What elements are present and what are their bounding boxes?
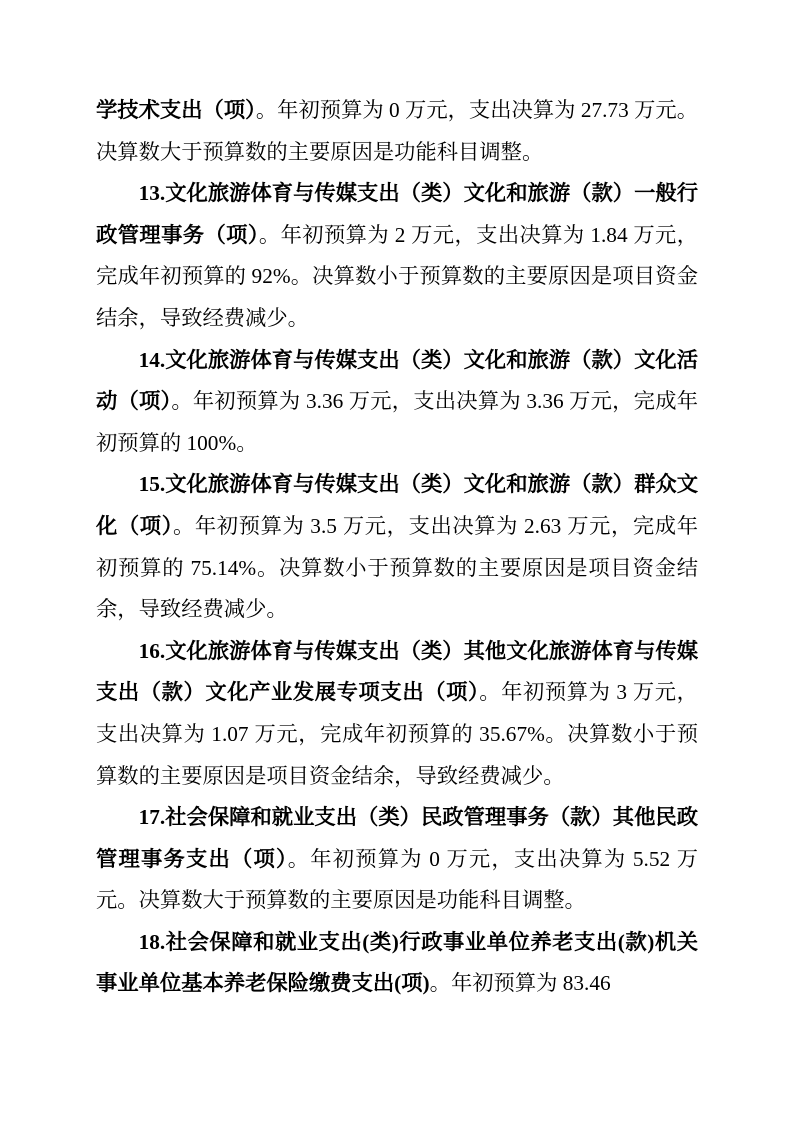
budget-item-14: 14.文化旅游体育与传媒支出（类）文化和旅游（款）文化活动（项）。年初预算为 3… (96, 340, 698, 465)
budget-item-13: 13.文化旅游体育与传媒支出（类）文化和旅游（款）一般行政管理事务（项）。年初预… (96, 173, 698, 339)
item-14-body: 。年初预算为 3.36 万元，支出决算为 3.36 万元，完成年初预算的 100… (96, 389, 698, 455)
budget-item-16: 16.文化旅游体育与传媒支出（类）其他文化旅游体育与传媒支出（款）文化产业发展专… (96, 631, 698, 797)
item-18-body: 。年初预算为 83.46 (430, 971, 611, 995)
budget-item-18: 18.社会保障和就业支出(类)行政事业单位养老支出(款)机关事业单位基本养老保险… (96, 922, 698, 1005)
document-page: 学技术支出（项）。年初预算为 0 万元，支出决算为 27.73 万元。决算数大于… (0, 0, 793, 1122)
budget-item-15: 15.文化旅游体育与传媒支出（类）文化和旅游（款）群众文化（项）。年初预算为 3… (96, 464, 698, 630)
budget-item-17: 17.社会保障和就业支出（类）民政管理事务（款）其他民政管理事务支出（项）。年初… (96, 797, 698, 922)
item-15-body: 。年初预算为 3.5 万元，支出决算为 2.63 万元，完成年初预算的 75.1… (96, 514, 698, 621)
document-body: 学技术支出（项）。年初预算为 0 万元，支出决算为 27.73 万元。决算数大于… (96, 90, 698, 1005)
budget-item-12-continuation: 学技术支出（项）。年初预算为 0 万元，支出决算为 27.73 万元。决算数大于… (96, 90, 698, 173)
item-12-heading: 学技术支出（项） (96, 98, 256, 122)
